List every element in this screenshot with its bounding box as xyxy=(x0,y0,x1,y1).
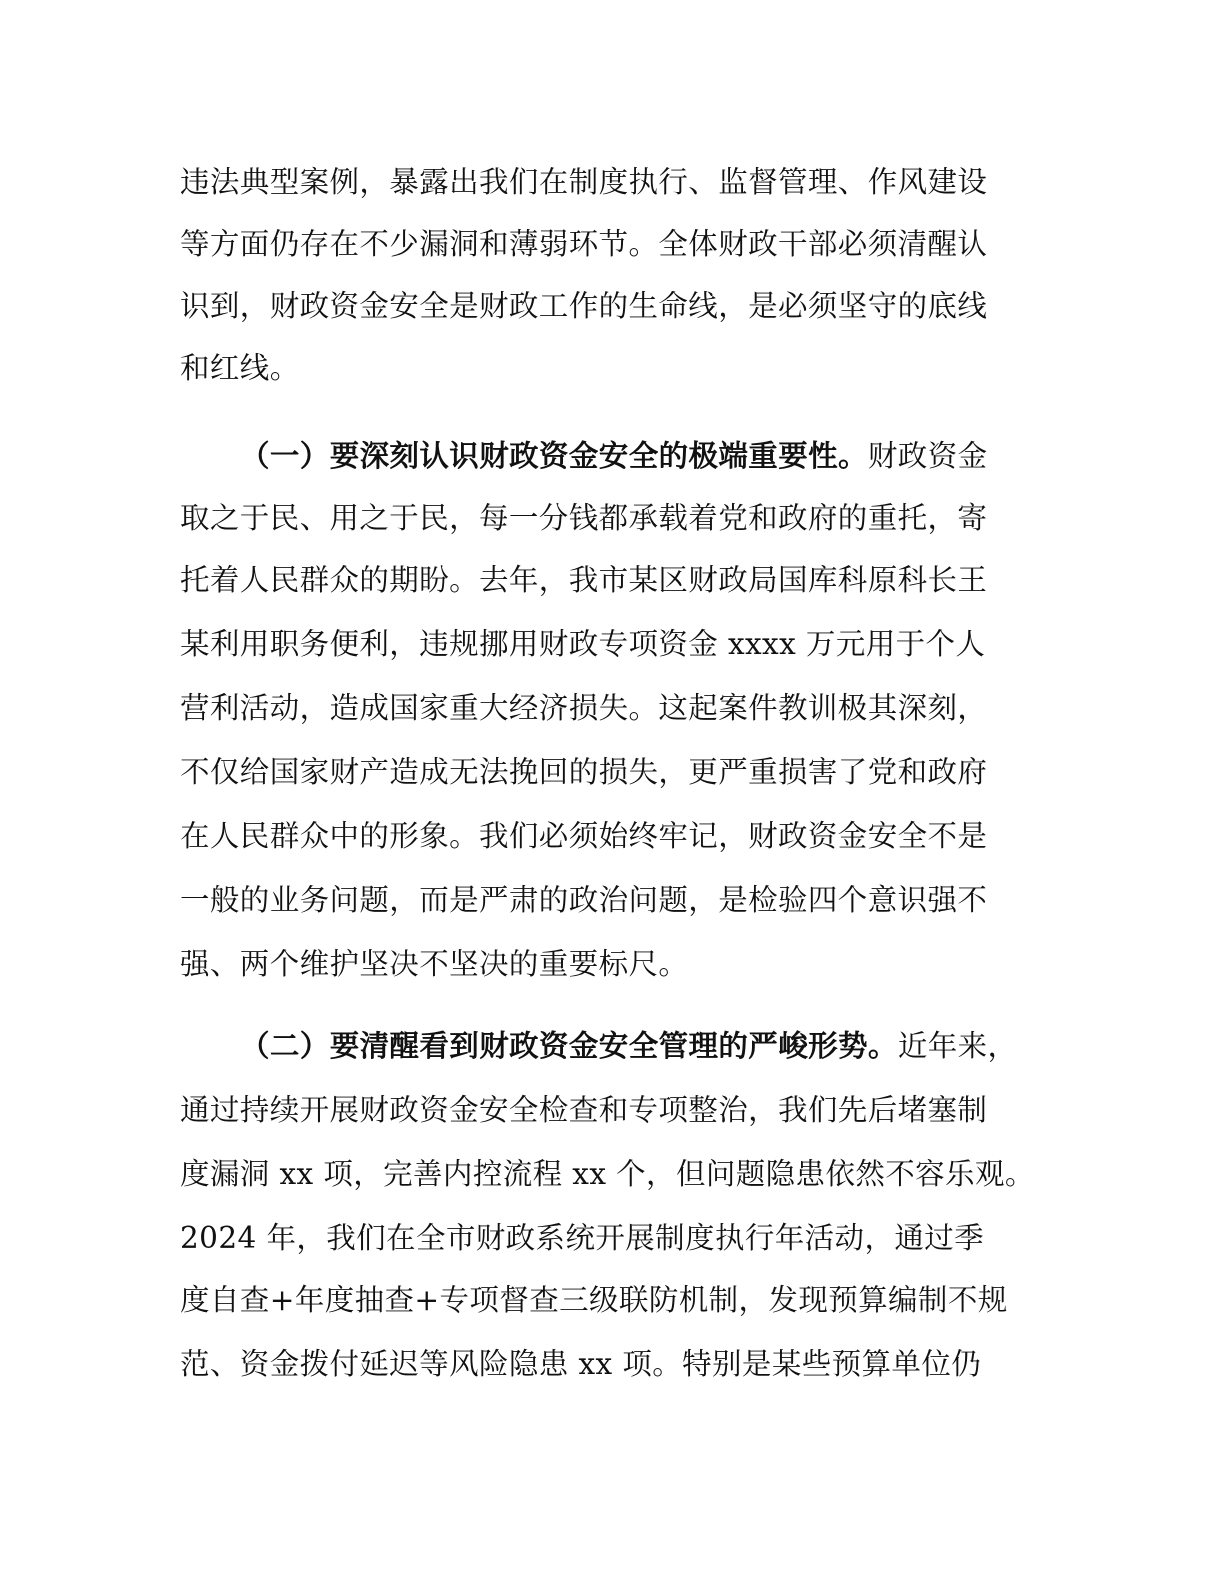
body-text-line: 在人民群众中的形象。我们必须始终牢记，财政资金安全不是 xyxy=(180,818,987,854)
body-text-line: 违法典型案例，暴露出我们在制度执行、监督管理、作风建设 xyxy=(180,164,987,200)
body-text-line: 识到，财政资金安全是财政工作的生命线，是必须坚守的底线 xyxy=(180,288,987,324)
body-text-line: 等方面仍存在不少漏洞和薄弱环节。全体财政干部必须清醒认 xyxy=(180,226,987,262)
body-text-line: 托着人民群众的期盼。去年，我市某区财政局国库科原科长王 xyxy=(180,562,987,598)
body-text-line: 营利活动，造成国家重大经济损失。这起案件教训极其深刻， xyxy=(180,690,987,726)
body-text-line: 强、两个维护坚决不坚决的重要标尺。 xyxy=(180,946,688,982)
body-text-line: 通过持续开展财政资金安全检查和专项整治，我们先后堵塞制 xyxy=(180,1092,987,1128)
body-text-line: 2024 年，我们在全市财政系统开展制度执行年活动，通过季 xyxy=(180,1220,984,1256)
body-text-line: 一般的业务问题，而是严肃的政治问题，是检验四个意识强不 xyxy=(180,882,987,918)
section-1-first-line: （一）要深刻认识财政资金安全的极端重要性。财政资金 xyxy=(240,438,988,474)
document-page: 违法典型案例，暴露出我们在制度执行、监督管理、作风建设 等方面仍存在不少漏洞和薄… xyxy=(0,0,1224,1584)
section-2-first-line: （二）要清醒看到财政资金安全管理的严峻形势。近年来， xyxy=(240,1028,1017,1064)
body-text-line: 不仅给国家财产造成无法挽回的损失，更严重损害了党和政府 xyxy=(180,754,987,790)
body-text-line: 某利用职务便利，违规挪用财政专项资金 xxxx 万元用于个人 xyxy=(180,626,985,662)
section-heading: （一）要深刻认识财政资金安全的极端重要性。 xyxy=(240,439,868,473)
body-text-line: 度漏洞 xx 项，完善内控流程 xx 个，但问题隐患依然不容乐观。 xyxy=(180,1156,1035,1192)
body-text-line: 范、资金拨付延迟等风险隐患 xx 项。特别是某些预算单位仍 xyxy=(180,1346,981,1382)
body-text: 财政资金 xyxy=(868,439,988,473)
section-heading: （二）要清醒看到财政资金安全管理的严峻形势。 xyxy=(240,1029,898,1063)
body-text-line: 取之于民、用之于民，每一分钱都承载着党和政府的重托，寄 xyxy=(180,500,987,536)
body-text-line: 和红线。 xyxy=(180,350,300,386)
body-text-line: 度自查+年度抽查+专项督查三级联防机制，发现预算编制不规 xyxy=(180,1282,1008,1318)
body-text: 近年来， xyxy=(898,1029,1018,1063)
